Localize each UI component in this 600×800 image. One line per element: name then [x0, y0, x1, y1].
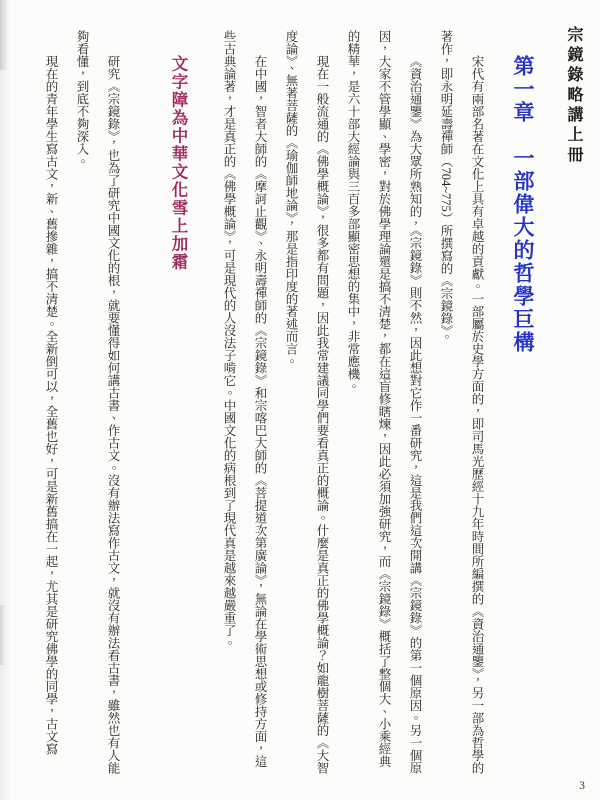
- text-content-area: 第一章 一部偉大的哲學巨構宋代有兩部名著在文化上具有卓越的貢獻。一部屬於史學方面…: [35, 30, 544, 778]
- scan-smudge: [0, 605, 6, 665]
- paragraph: 在中國，智者大師的《摩訶止觀》、永明壽禪師的《宗鏡錄》和宗喀巴大師的《菩提道次第…: [213, 30, 275, 778]
- scan-smudge: [0, 0, 8, 70]
- scan-edge-artifact: [0, 0, 12, 800]
- paragraph: 研究《宗鏡錄》，也為了研究中國文化的根，就要懂得如何講古書、作古文。沒有辦法寫作…: [66, 30, 128, 778]
- paragraph: 宋代有兩部名著在文化上具有卓越的貢獻。一部屬於史學方面的，即司馬光歷經十九年時間…: [430, 30, 492, 778]
- paragraph: 《資治通鑒》為大眾所熟知的，《宗鏡錄》則不然，因此想對它作一番研究，這是我們這次…: [337, 30, 430, 778]
- paragraph: 現在一般流通的《佛學概論》，很多都有問題，因此我常建議同學們要看真正的概論。什麼…: [275, 30, 337, 778]
- running-head-book-title: 宗鏡錄略講上冊: [562, 26, 585, 166]
- section-heading: 文字障為中華文化雪上加霜: [165, 30, 192, 778]
- page-number: 3: [579, 778, 585, 793]
- chapter-title: 第一章 一部偉大的哲學巨構: [506, 30, 540, 778]
- paragraph: 現在的青年學生寫古文，新、舊摻雜，搞不清楚。全新倒可以，全舊也好，可是新舊搞在一…: [35, 30, 66, 778]
- book-page: 宗鏡錄略講上冊 第一章 一部偉大的哲學巨構宋代有兩部名著在文化上具有卓越的貢獻。…: [0, 0, 600, 800]
